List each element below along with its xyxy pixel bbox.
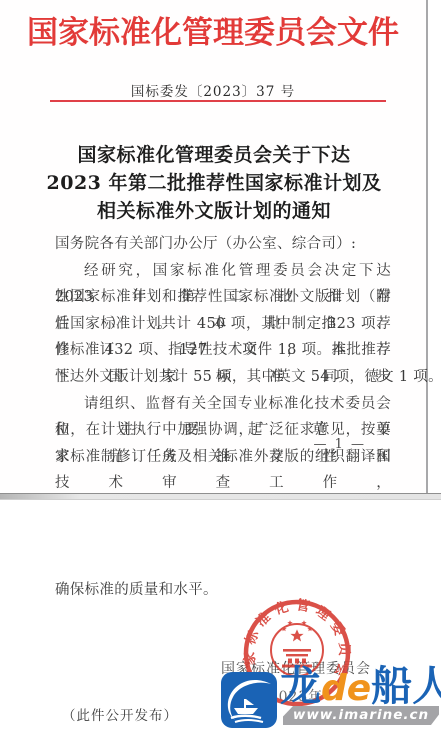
body-line: 性国家标准计划和推荐性国家标准外文版计划（附后）。本批推荐 [55,284,391,311]
document-viewer: 国家标准化管理委员会文件 国标委发〔2023〕37 号 国家标准化管理委员会关于… [0,0,441,748]
notice-title-line-1: 国家标准化管理委员会关于下达 [30,141,398,169]
body-line: 性国家标准计划共计 450 项，其中制定 323 项、修订 127 项，推荐 [55,311,391,338]
body-line: 下达外文版计划共计 55 项，其中英文 54 项，德文 1 项。 [55,364,391,391]
page-2: 确保标准的质量和水平。 国家标准化管理委员会 2023年 国家标准化管理委员会 [0,500,441,748]
body-line: 请组织、监督有关全国专业标准化技术委员会和主要起草单 [55,391,391,418]
body-line: 国务院各有关部门办公厅（办公室、综合司）: [55,231,391,258]
body-line: 经研究，国家标准化管理委员会决定下达 2023 年第二批推荐 [55,258,391,285]
red-divider-line [50,100,386,102]
body-text: 国务院各有关部门办公厅（办公室、综合司）: 经研究，国家标准化管理委员会决定下达… [55,231,391,470]
document-header-title: 国家标准化管理委员会文件 [0,7,426,52]
public-release-note: （此件公开发布） [62,704,178,724]
body-line: 性标准 432 项、指导性技术文件 18 项。本批推荐性国家标准同步 [55,337,391,364]
notice-title-line-2: 2023 年第二批推荐性国家标准计划及 [30,169,398,197]
document-number: 国标委发〔2023〕37 号 [0,80,426,100]
body-continuation: 确保标准的质量和水平。 [55,578,218,599]
notice-title-line-3: 相关标准外文版计划的通知 [30,197,398,225]
official-seal: 国家标准化管理委员会 [242,598,352,708]
notice-title: 国家标准化管理委员会关于下达 2023 年第二批推荐性国家标准计划及 相关标准外… [30,141,398,225]
page-number: — 1 — [313,437,366,452]
page-divider [0,493,441,500]
page-1: 国家标准化管理委员会文件 国标委发〔2023〕37 号 国家标准化管理委员会关于… [0,0,428,493]
national-emblem-icon [271,620,323,676]
